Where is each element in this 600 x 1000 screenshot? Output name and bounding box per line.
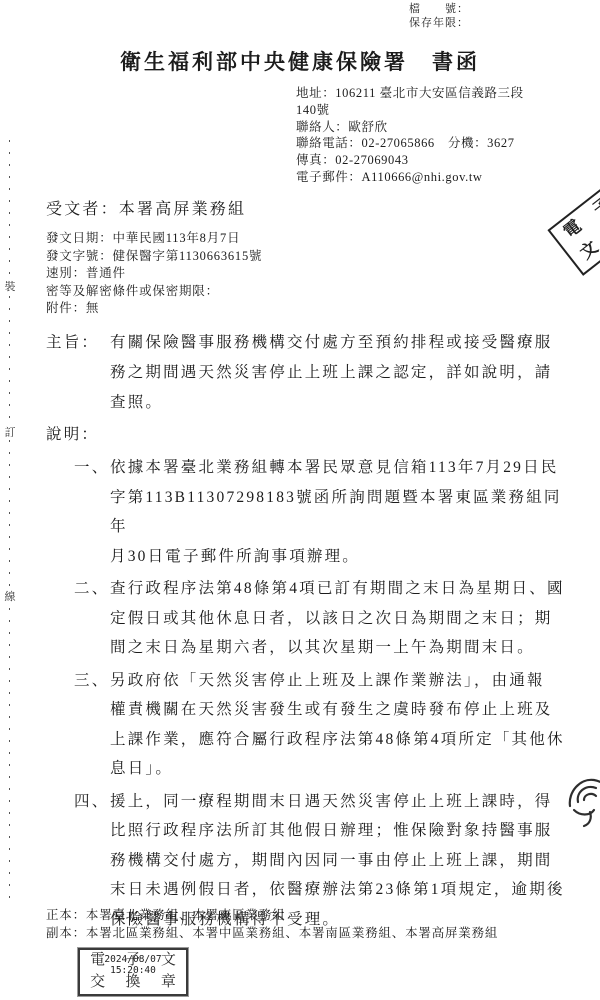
subject-text: 有關保險醫事服務機構交付處方至預約排程或接受醫療服 務之期間遇天然災害停止上班上… xyxy=(110,328,566,418)
stamp-datetime: 2024/08/07 15:20:40 xyxy=(80,954,186,976)
item-number: 三、 xyxy=(74,666,110,696)
explanation-item: 三、 另政府依「天然災害停止上班及上課作業辦法」，由通報 權責機關在天然災害發生… xyxy=(74,666,566,784)
recipient-line: 受文者：本署高屏業務組 xyxy=(46,196,246,219)
explanation-item: 二、 查行政程序法第48條第4項已訂有期間之末日為星期日、國 定假日或其他休息日… xyxy=(74,574,566,663)
archive-labels: 檔 號： 保存年限： xyxy=(409,2,469,30)
item-text: 查行政程序法第48條第4項已訂有期間之末日為星期日、國 定假日或其他休息日者，以… xyxy=(110,574,566,663)
side-exchange-stamp: 電 子 文 時 xyxy=(547,182,600,276)
seal-scribble-icon xyxy=(566,772,600,828)
item-number: 四、 xyxy=(74,787,110,817)
partial-seal-mark xyxy=(566,772,600,833)
letter-body: 主旨： 有關保險醫事服務機構交付處方至預約排程或接受醫療服 務之期間遇天然災害停… xyxy=(46,328,566,934)
page-title: 衛生福利部中央健康保險署 書函 xyxy=(0,46,600,76)
binding-mark-ding: 訂 xyxy=(3,424,17,440)
contact-info: 地址：106211 臺北市大安區信義路三段 140號 聯絡人：歐舒欣 聯絡電話：… xyxy=(296,85,524,186)
item-number: 一、 xyxy=(74,453,110,483)
distribution-lines: 正本：本署臺北業務組、本署東區業務組 副本：本署北區業務組、本署中區業務組、本署… xyxy=(46,906,498,942)
doc-meta: 發文日期：中華民國113年8月7日 發文字號：健保醫字第1130663615號 … xyxy=(46,230,262,318)
binding-mark-zhuang: 裝 xyxy=(3,278,17,294)
explanation-label: 說明： xyxy=(46,420,566,450)
item-text: 依據本署臺北業務組轉本署民眾意見信箱113年7月29日民 字第113B11307… xyxy=(110,453,566,571)
binding-dotted-line xyxy=(9,140,10,908)
item-number: 二、 xyxy=(74,574,110,604)
electronic-exchange-stamp: 電 子 文 交 換 章 2024/08/07 15:20:40 xyxy=(78,948,188,996)
subject-label: 主旨： xyxy=(46,328,110,358)
subject-section: 主旨： 有關保險醫事服務機構交付處方至預約排程或接受醫療服 務之期間遇天然災害停… xyxy=(46,328,566,418)
item-text: 另政府依「天然災害停止上班及上課作業辦法」，由通報 權責機關在天然災害發生或有發… xyxy=(110,666,566,784)
binding-mark-xian: 線 xyxy=(3,588,17,604)
explanation-item: 一、 依據本署臺北業務組轉本署民眾意見信箱113年7月29日民 字第113B11… xyxy=(74,453,566,571)
official-letter-page: { "header": { "archive_labels": "檔 號：\n保… xyxy=(0,0,600,1000)
